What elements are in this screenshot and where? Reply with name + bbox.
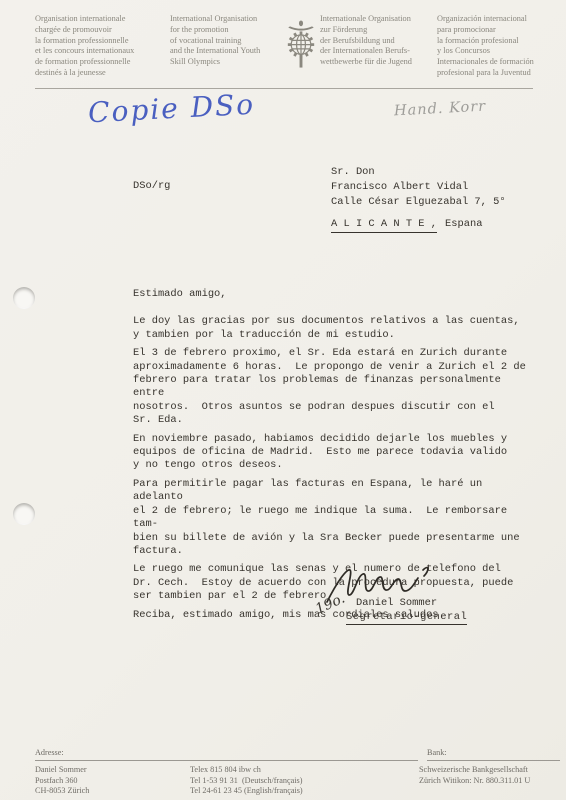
organization-logo-icon xyxy=(282,14,320,80)
letterhead-german-text: Internationale Organisation zur Förderun… xyxy=(320,14,437,68)
recipient-city-line: A L I C A N T E ,Espana xyxy=(331,217,506,232)
handwritten-copie-note: Copie DSo xyxy=(87,88,256,130)
footer-telex-phone: Telex 815 804 ibw ch Tel 1-53 91 31 (Deu… xyxy=(190,765,303,797)
recipient-address-block: Sr. Don Francisco Albert Vidal Calle Cés… xyxy=(331,165,506,232)
signer-title: Segretario-general xyxy=(346,611,467,625)
greeting-line: Estimado amigo, xyxy=(133,288,535,301)
paragraph-2: El 3 de febrero proximo, el Sr. Eda esta… xyxy=(133,347,535,427)
letterhead-spanish-text: Organización internacional para promocio… xyxy=(437,14,559,79)
recipient-address-lines: Sr. Don Francisco Albert Vidal Calle Cés… xyxy=(331,165,506,210)
letterhead-french-text: Organisation internationale chargée de p… xyxy=(35,14,170,79)
scanned-letter-page: Organisation internationale chargée de p… xyxy=(0,0,566,800)
footer-rule-right xyxy=(427,760,560,761)
signer-name: Daniel Sommer xyxy=(356,597,437,609)
footer-adresse-label: Adresse: xyxy=(35,748,64,757)
paragraph-4: Para permitirle pagar las facturas en Es… xyxy=(133,478,535,558)
footer-postal-address: Daniel Sommer Postfach 360 CH-8053 Züric… xyxy=(35,765,89,797)
punch-hole-top xyxy=(13,287,35,309)
recipient-city: A L I C A N T E , xyxy=(331,218,437,233)
recipient-country: Espana xyxy=(445,218,482,230)
footer-bank-label: Bank: xyxy=(427,748,447,757)
letterhead: Organisation internationale chargée de p… xyxy=(35,14,559,80)
reference-code: DSo/rg xyxy=(133,180,170,192)
footer-rule-left xyxy=(35,760,418,761)
handwritten-korr-note: Hand. Korr xyxy=(394,99,487,120)
footer-bank-details: Schweizerische Bankgesellschaft Zürich W… xyxy=(419,765,530,786)
paragraph-3: En noviembre pasado, habiamos decidido d… xyxy=(133,433,535,473)
letterhead-divider-rule xyxy=(35,88,533,89)
punch-hole-bottom xyxy=(13,503,35,525)
letterhead-english-text: International Organisation for the promo… xyxy=(170,14,282,68)
paragraph-1: Le doy las gracias por sus documentos re… xyxy=(133,315,535,342)
